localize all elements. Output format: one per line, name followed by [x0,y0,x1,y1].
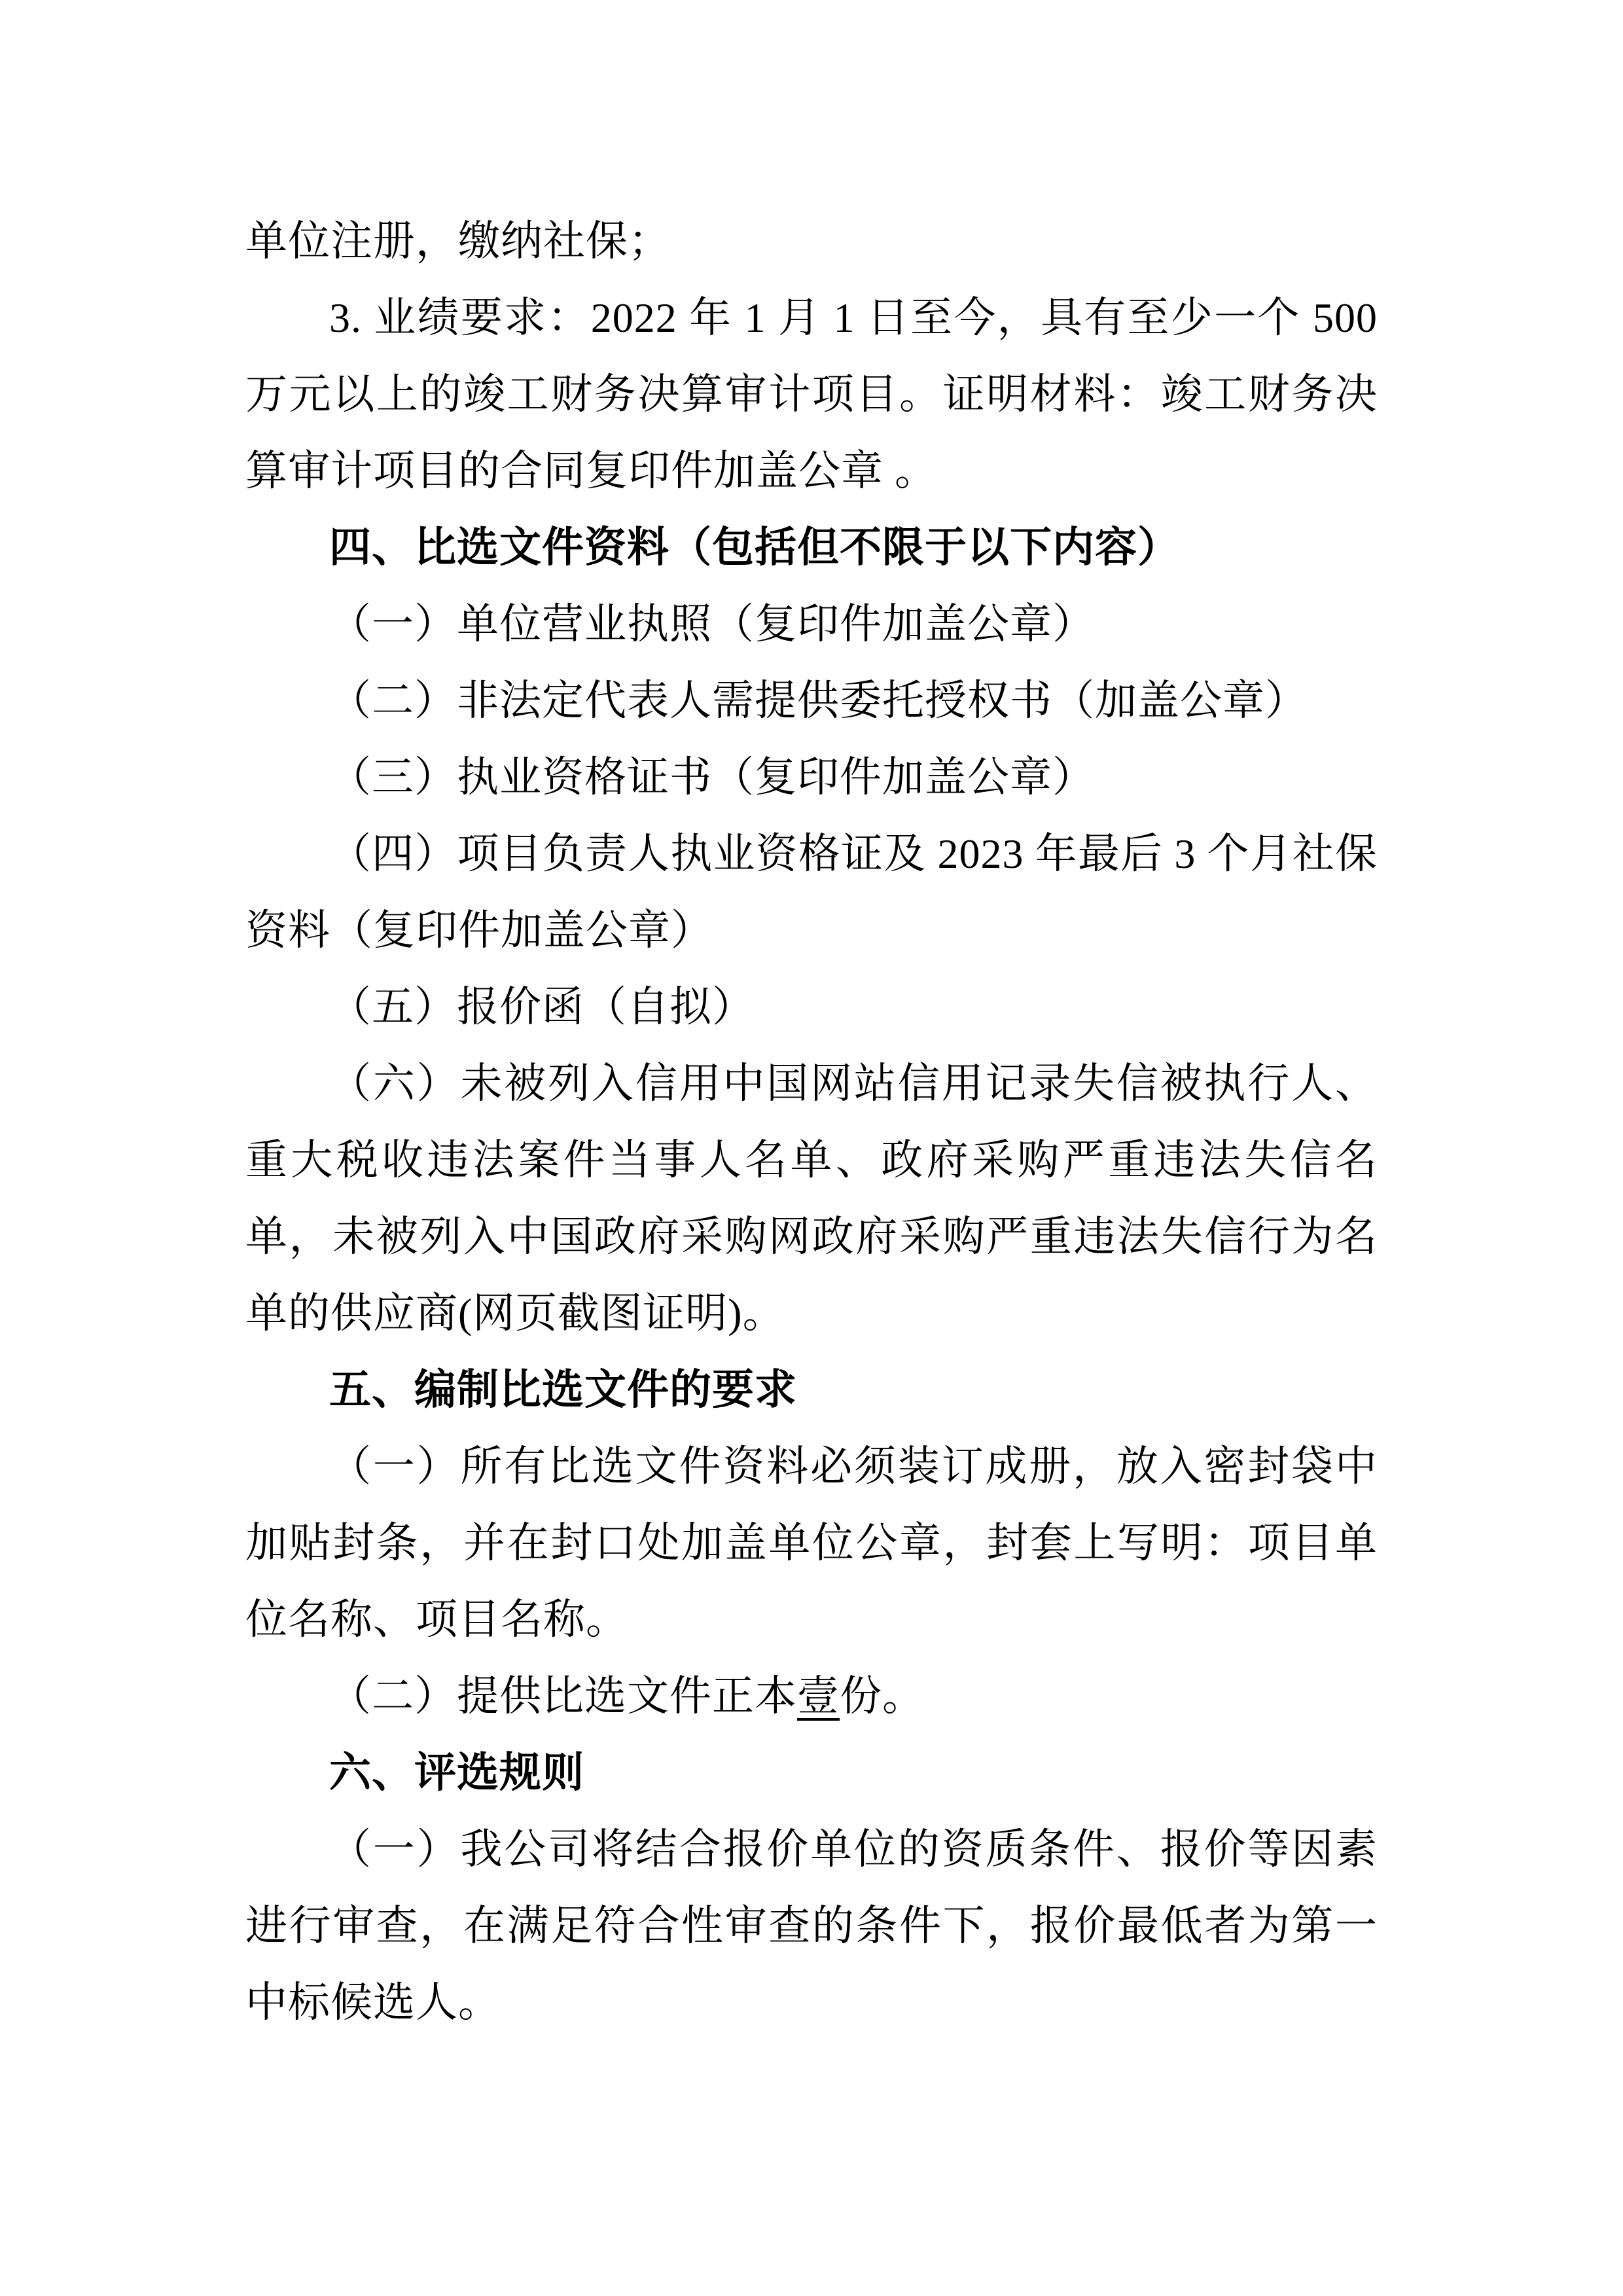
text-run: 四、比选文件资料（包括但不限于以下内容） [329,524,1180,571]
document-paragraph: （二）提供比选文件正本壹份。 [245,1658,1378,1734]
text-run: （五）报价函（自拟） [329,984,755,1030]
text-run: （三）执业资格证书（复印件加盖公章） [329,754,1095,800]
document-paragraph: （三）执业资格证书（复印件加盖公章） [245,739,1378,816]
document-paragraph: （一）我公司将结合报价单位的资质条件、报价等因素进行审查，在满足符合性审查的条件… [245,1811,1378,2041]
text-run: （六）未被列入信用中国网站信用记录失信被执行人、重大税收违法案件当事人名单、政府… [245,1060,1378,1336]
text-run: （一）我公司将结合报价单位的资质条件、报价等因素进行审查，在满足符合性审查的条件… [245,1826,1378,2026]
text-run: （一）所有比选文件资料必须装订成册，放入密封袋中加贴封条，并在封口处加盖单位公章… [245,1443,1378,1643]
document-text-block: 单位注册，缴纳社保；3. 业绩要求：2022 年 1 月 1 日至今，具有至少一… [245,203,1378,2041]
document-paragraph: 单位注册，缴纳社保； [245,203,1378,279]
text-run: 份。 [840,1673,925,1719]
section-heading: 六、评选规则 [245,1734,1378,1811]
text-run: 六、评选规则 [329,1749,584,1796]
document-paragraph: （六）未被列入信用中国网站信用记录失信被执行人、重大税收违法案件当事人名单、政府… [245,1045,1378,1352]
document-paragraph: （一）单位营业执照（复印件加盖公章） [245,586,1378,662]
text-run: 五、编制比选文件的要求 [329,1366,797,1413]
document-paragraph: （五）报价函（自拟） [245,969,1378,1045]
document-paragraph: （二）非法定代表人需提供委托授权书（加盖公章） [245,662,1378,739]
text-run: （二）非法定代表人需提供委托授权书（加盖公章） [329,677,1308,724]
document-paragraph: 3. 业绩要求：2022 年 1 月 1 日至今，具有至少一个 500 万元以上… [245,279,1378,509]
text-run: （二）提供比选文件正本 [329,1673,797,1719]
document-paragraph: （一）所有比选文件资料必须装订成册，放入密封袋中加贴封条，并在封口处加盖单位公章… [245,1428,1378,1658]
underlined-text-run: 壹 [797,1673,840,1719]
text-run: （四）项目负责人执业资格证及 2023 年最后 3 个月社保资料（复印件加盖公章… [245,831,1378,954]
text-run: （一）单位营业执照（复印件加盖公章） [329,601,1095,647]
text-run: 3. 业绩要求：2022 年 1 月 1 日至今，具有至少一个 500 万元以上… [245,295,1378,494]
document-page: 单位注册，缴纳社保；3. 业绩要求：2022 年 1 月 1 日至今，具有至少一… [0,0,1623,2296]
section-heading: 四、比选文件资料（包括但不限于以下内容） [245,509,1378,586]
section-heading: 五、编制比选文件的要求 [245,1352,1378,1428]
text-run: 单位注册，缴纳社保； [245,218,671,264]
document-paragraph: （四）项目负责人执业资格证及 2023 年最后 3 个月社保资料（复印件加盖公章… [245,816,1378,969]
